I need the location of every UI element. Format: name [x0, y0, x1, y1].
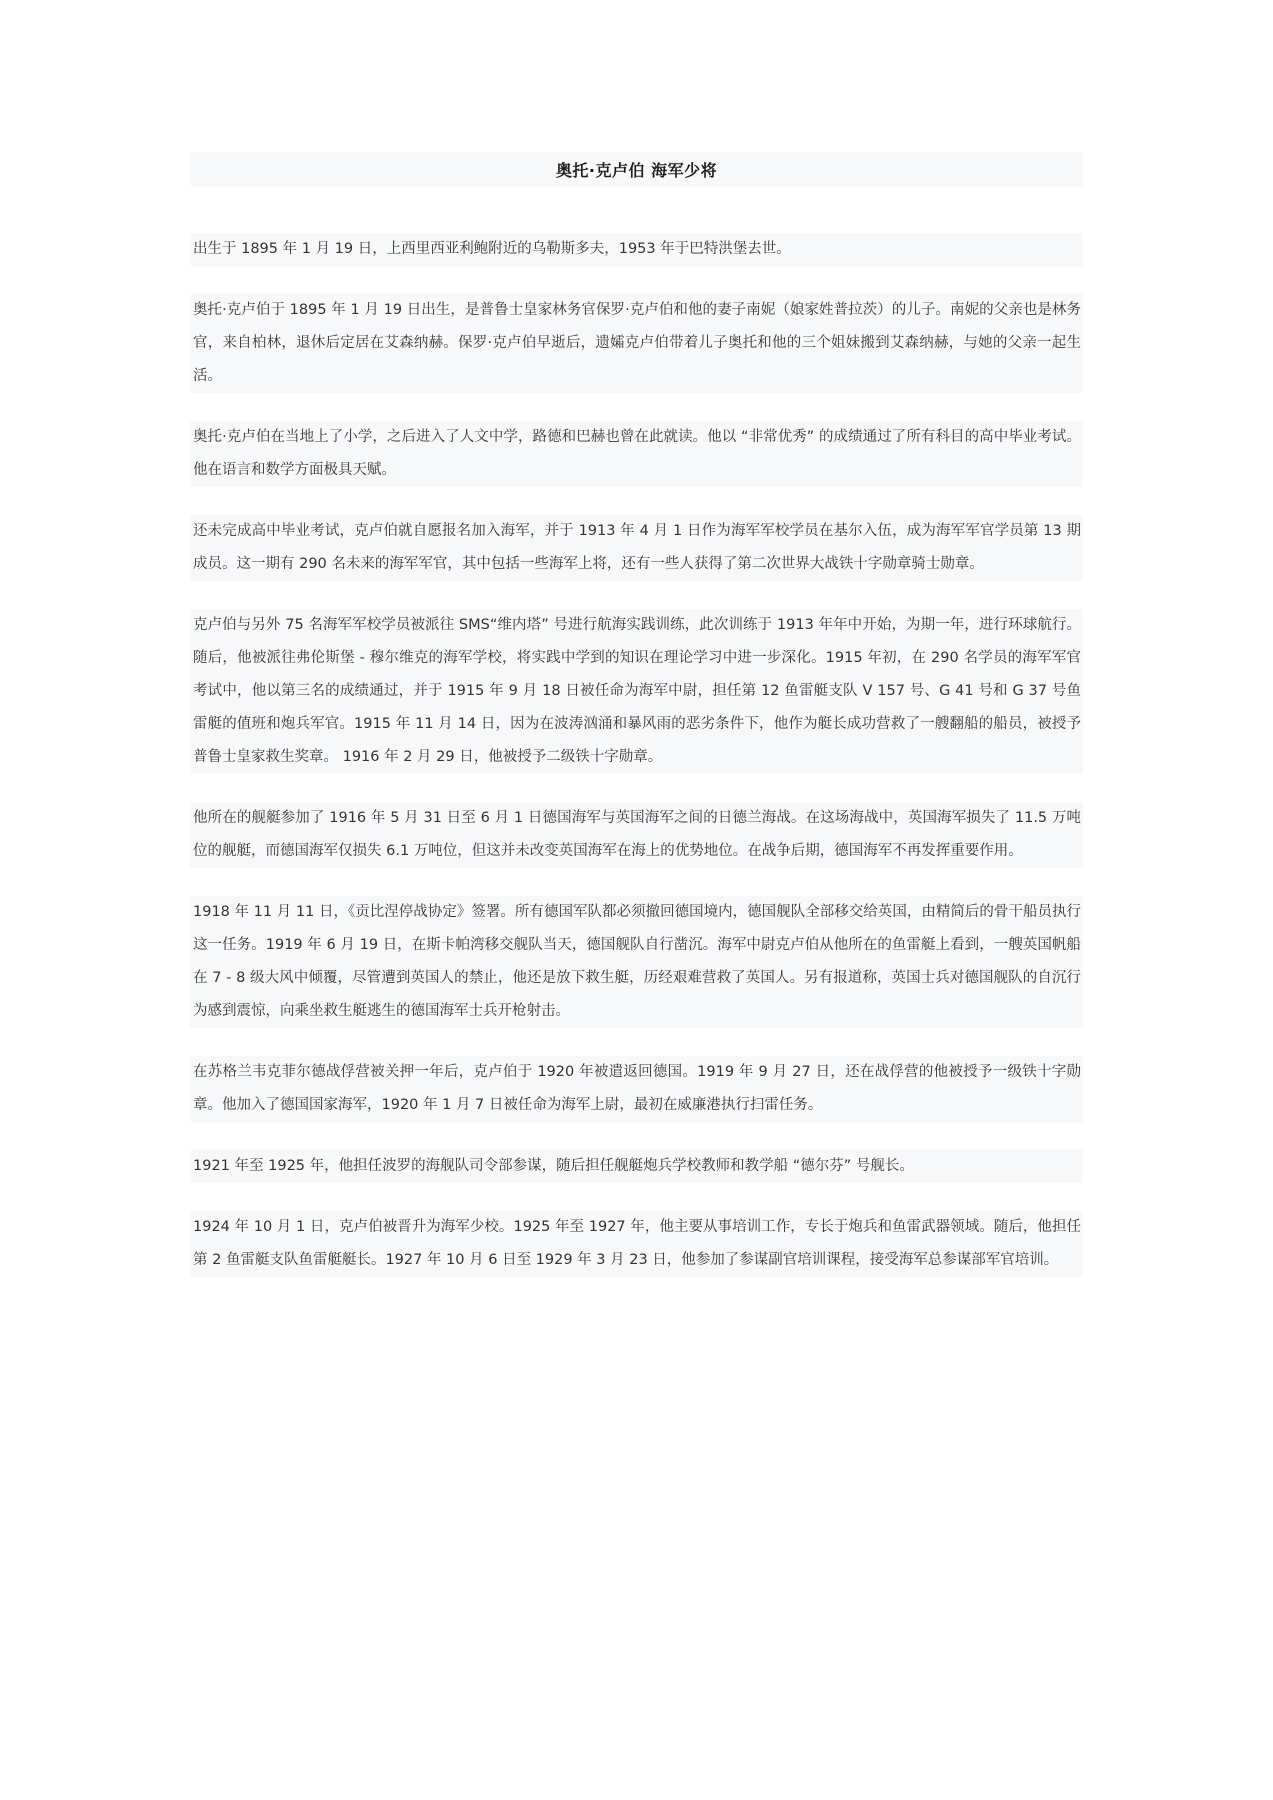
- paragraph-education: 奥托·克卢伯在当地上了小学，之后进入了人文中学，路德和巴赫也曾在此就读。他以 “…: [190, 421, 1083, 487]
- title-block: 奥托·克卢伯 海军少将: [190, 152, 1083, 186]
- document-page: 奥托·克卢伯 海军少将 出生于 1895 年 1 月 19 日，上西里西亚利鲍附…: [190, 152, 1083, 1305]
- paragraph-armistice: 1918 年 11 月 11 日，《贡比涅停战协定》签署。所有德国军队都必须撤回…: [190, 896, 1083, 1028]
- document-title: 奥托·克卢伯 海军少将: [556, 158, 717, 181]
- paragraph-pow-return: 在苏格兰韦克菲尔德战俘营被关押一年后，克卢伯于 1920 年被遣返回德国。191…: [190, 1056, 1083, 1122]
- paragraph-promotion: 1924 年 10 月 1 日，克卢伯被晋升为海军少校。1925 年至 1927…: [190, 1211, 1083, 1277]
- paragraph-training-ww1: 克卢伯与另外 75 名海军军校学员被派往 SMS“维内塔” 号进行航海实践训练，…: [190, 609, 1083, 774]
- paragraph-birth-death: 出生于 1895 年 1 月 19 日，上西里西亚利鲍附近的乌勒斯多夫，1953…: [190, 233, 1083, 266]
- paragraph-jutland: 他所在的舰艇参加了 1916 年 5 月 31 日至 6 月 1 日德国海军与英…: [190, 802, 1083, 868]
- paragraph-1921-1925: 1921 年至 1925 年，他担任波罗的海舰队司令部参谋，随后担任舰艇炮兵学校…: [190, 1150, 1083, 1183]
- paragraph-navy-enlistment: 还未完成高中毕业考试，克卢伯就自愿报名加入海军，并于 1913 年 4 月 1 …: [190, 515, 1083, 581]
- paragraph-family: 奥托·克卢伯于 1895 年 1 月 19 日出生，是普鲁士皇家林务官保罗·克卢…: [190, 294, 1083, 393]
